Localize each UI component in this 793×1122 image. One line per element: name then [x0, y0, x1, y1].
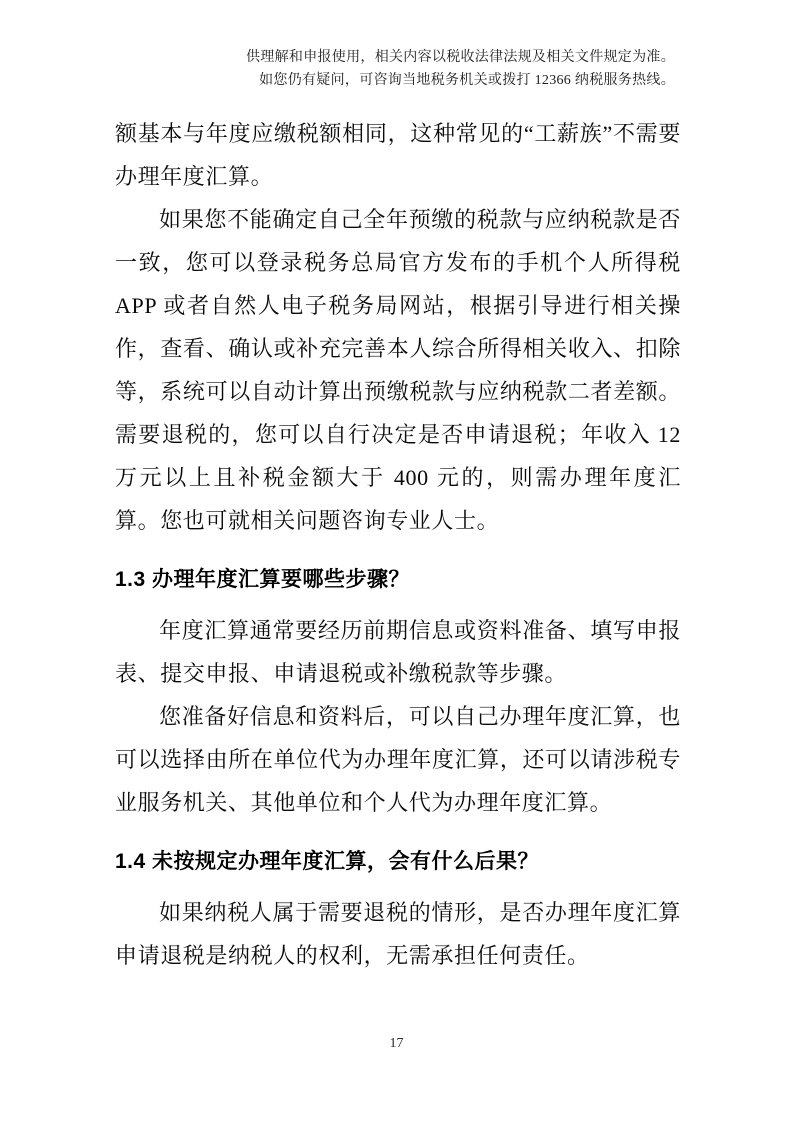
paragraph-continuation: 额基本与年度应缴税额相同，这种常见的“工薪族”不需要办理年度汇算。	[115, 112, 681, 198]
page-header-note: 供理解和申报使用，相关内容以税收法律法规及相关文件规定为准。 如您仍有疑问，可咨…	[120, 46, 675, 92]
page-number: 17	[0, 1036, 793, 1052]
section-heading-1-4: 1.4 未按规定办理年度汇算，会有什么后果？	[115, 847, 681, 877]
document-page: 供理解和申报使用，相关内容以税收法律法规及相关文件规定为准。 如您仍有疑问，可咨…	[0, 0, 793, 1122]
header-note-line-2: 如您仍有疑问，可咨询当地税务机关或拨打 12366 纳税服务热线。	[120, 69, 675, 92]
paragraph-refund-right: 如果纳税人属于需要退税的情形，是否办理年度汇算申请退税是纳税人的权利，无需承担任…	[115, 891, 681, 977]
paragraph-self-check: 如果您不能确定自己全年预缴的税款与应纳税款是否一致，您可以登录税务总局官方发布的…	[115, 198, 681, 542]
section-heading-1-3: 1.3 办理年度汇算要哪些步骤？	[115, 565, 681, 595]
document-content: 额基本与年度应缴税额相同，这种常见的“工薪族”不需要办理年度汇算。 如果您不能确…	[115, 112, 681, 977]
header-note-line-1: 供理解和申报使用，相关内容以税收法律法规及相关文件规定为准。	[120, 46, 675, 69]
paragraph-filing-channels: 您准备好信息和资料后，可以自己办理年度汇算，也可以选择由所在单位代为办理年度汇算…	[115, 695, 681, 824]
paragraph-steps-overview: 年度汇算通常要经历前期信息或资料准备、填写申报表、提交申报、申请退税或补缴税款等…	[115, 609, 681, 695]
